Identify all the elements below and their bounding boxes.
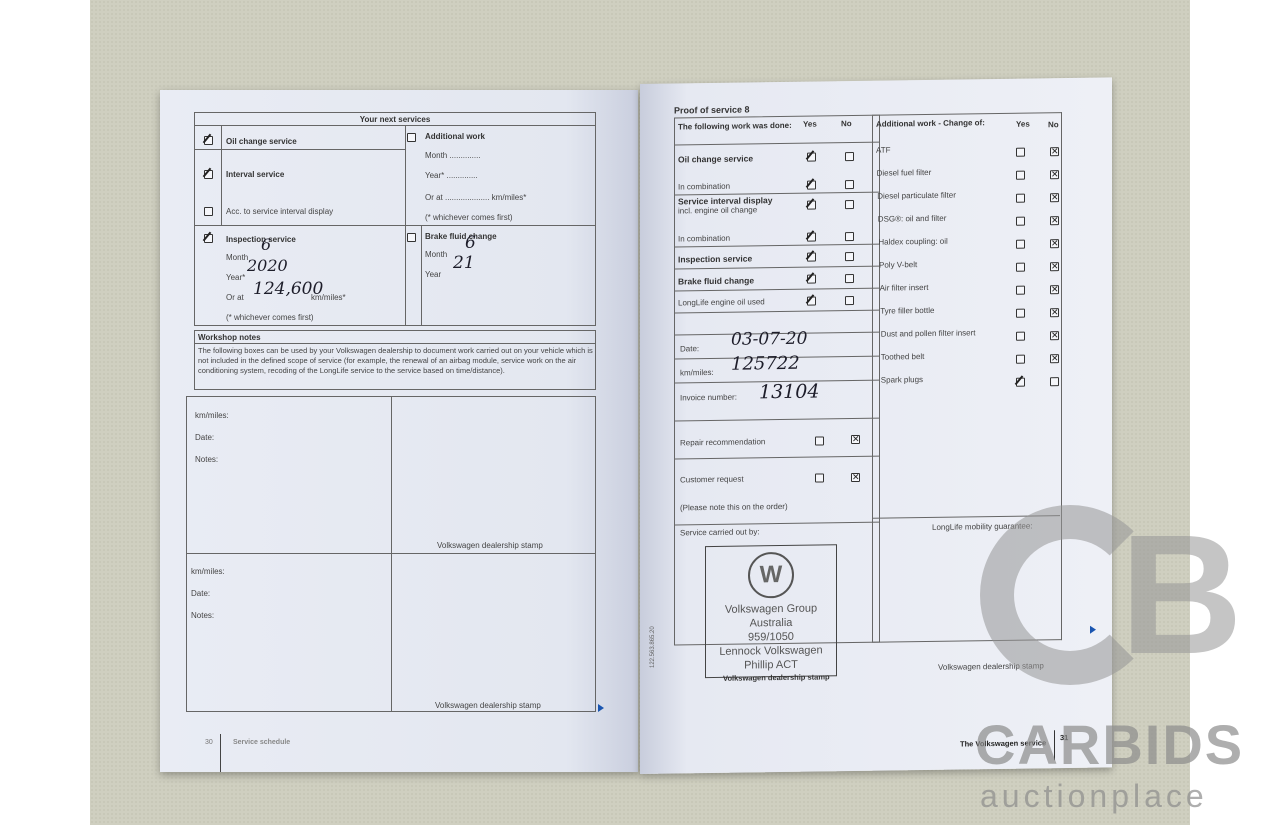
- notes-date-label-2: Date:: [191, 589, 210, 598]
- additional-item-label: Air filter insert: [880, 283, 929, 293]
- inspection-year-label: Year*: [226, 273, 245, 282]
- brake-month-value: 6: [465, 233, 476, 253]
- workshop-notes-body: The following boxes can be used by your …: [198, 346, 594, 376]
- date-value: 03-07-20: [731, 329, 807, 350]
- additional-item-label: Toothed belt: [881, 352, 925, 362]
- additional-item-label: Dust and pollen filter insert: [881, 328, 976, 338]
- inspection-year-value: 2020: [247, 256, 288, 275]
- work-yes-checkbox[interactable]: [807, 233, 816, 242]
- additional-no-header: No: [1048, 120, 1059, 129]
- additional-item-label: Diesel particulate filter: [877, 191, 956, 201]
- notes-km-label-2: km/miles:: [191, 567, 225, 576]
- work-yes-checkbox[interactable]: [807, 201, 816, 210]
- invoice-label: Invoice number:: [680, 393, 737, 403]
- work-item-label: Inspection service: [678, 253, 752, 264]
- customer-no-checkbox[interactable]: [851, 473, 860, 482]
- acc-display-checkbox[interactable]: [204, 207, 213, 216]
- work-no-checkbox[interactable]: [845, 274, 854, 283]
- notes-date-label: Date:: [195, 433, 214, 442]
- additional-year: Year* ..............: [425, 171, 478, 180]
- customer-request-note: (Please note this on the order): [680, 501, 800, 514]
- brake-year-value: 21: [453, 253, 475, 273]
- additional-no-checkbox[interactable]: [1050, 216, 1059, 225]
- oil-change-checkbox[interactable]: [204, 136, 213, 145]
- additional-item-label: Spark plugs: [881, 375, 923, 385]
- work-yes-checkbox[interactable]: [807, 181, 816, 190]
- additional-or-at: Or at .................... km/miles*: [425, 193, 526, 202]
- yes-header: Yes: [803, 120, 817, 129]
- additional-work-checkbox[interactable]: [407, 133, 416, 142]
- proof-of-service-title: Proof of service 8: [674, 104, 750, 115]
- next-page-arrow-icon: [598, 704, 604, 712]
- additional-note: (* whichever comes first): [425, 213, 513, 222]
- brake-fluid-checkbox[interactable]: [407, 233, 416, 242]
- additional-no-checkbox[interactable]: [1050, 147, 1059, 156]
- interval-service-checkbox[interactable]: [204, 170, 213, 179]
- additional-no-checkbox[interactable]: [1050, 170, 1059, 179]
- work-item-label: Brake fluid change: [678, 275, 754, 286]
- km-value: 125722: [731, 353, 800, 375]
- stamp-line: Volkswagen Group: [706, 601, 836, 617]
- workshop-notes-title: Workshop notes: [198, 333, 261, 342]
- additional-yes-checkbox[interactable]: [1016, 148, 1025, 157]
- work-yes-checkbox[interactable]: [807, 297, 816, 306]
- additional-yes-checkbox[interactable]: [1016, 263, 1025, 272]
- no-header: No: [841, 119, 852, 128]
- workshop-notes-grid: km/miles: Date: Notes: Volkswagen dealer…: [186, 396, 596, 712]
- work-item-label: In combination: [678, 234, 730, 244]
- notes-stamp-label: Volkswagen dealership stamp: [437, 541, 543, 550]
- repair-no-checkbox[interactable]: [851, 435, 860, 444]
- additional-item-label: Diesel fuel filter: [877, 168, 932, 178]
- work-no-checkbox[interactable]: [845, 252, 854, 261]
- print-code: 122.563.865.20: [650, 626, 656, 668]
- inspection-checkbox[interactable]: [204, 234, 213, 243]
- notes-notes-label: Notes:: [195, 455, 218, 464]
- work-no-checkbox[interactable]: [845, 200, 854, 209]
- additional-yes-checkbox[interactable]: [1016, 355, 1025, 364]
- additional-no-checkbox[interactable]: [1050, 308, 1059, 317]
- watermark-b-glyph: B: [1120, 505, 1243, 685]
- work-item-label: In combination: [678, 182, 730, 192]
- inspection-note: (* whichever comes first): [226, 313, 314, 322]
- additional-item-label: Tyre filler bottle: [880, 306, 934, 316]
- additional-no-checkbox[interactable]: [1050, 285, 1059, 294]
- stamp-line: Lennock Volkswagen: [706, 643, 836, 659]
- inspection-month-label: Month: [226, 253, 248, 262]
- additional-no-checkbox[interactable]: [1050, 354, 1059, 363]
- brake-year-label: Year: [425, 270, 441, 279]
- additional-no-checkbox[interactable]: [1050, 239, 1059, 248]
- left-page: Your next services Oil change service In…: [160, 90, 638, 772]
- watermark-sub: auctionplace: [980, 778, 1208, 815]
- notes-stamp-label-2: Volkswagen dealership stamp: [435, 701, 541, 710]
- additional-item-label: Poly V-belt: [879, 260, 917, 270]
- date-label: Date:: [680, 344, 699, 353]
- repair-yes-checkbox[interactable]: [815, 436, 824, 445]
- additional-item-label: ATF: [876, 146, 891, 155]
- page-number-left: 30: [205, 739, 213, 746]
- additional-yes-header: Yes: [1016, 120, 1030, 129]
- acc-display-label: Acc. to service interval display: [226, 207, 333, 216]
- notes-notes-label-2: Notes:: [191, 611, 214, 620]
- brake-month-label: Month: [425, 250, 447, 259]
- customer-request-label: Customer request: [680, 475, 744, 485]
- inspection-month-value: 6: [261, 235, 271, 254]
- interval-service-label: Interval service: [226, 170, 284, 179]
- work-header: The following work was done:: [678, 121, 798, 133]
- next-services-box: Your next services Oil change service In…: [194, 112, 596, 326]
- additional-work-label: Additional work: [425, 132, 485, 141]
- additional-yes-checkbox[interactable]: [1016, 309, 1025, 318]
- work-item-label: LongLife engine oil used: [678, 297, 765, 307]
- inspection-or-at-label: Or at: [226, 293, 244, 302]
- workshop-notes-box: Workshop notes The following boxes can b…: [194, 330, 596, 390]
- work-done-box: The following work was done: Yes No Oil …: [674, 115, 880, 646]
- customer-yes-checkbox[interactable]: [815, 473, 824, 482]
- work-yes-checkbox[interactable]: [807, 275, 816, 284]
- footer-section-left: Service schedule: [233, 739, 290, 746]
- additional-yes-checkbox[interactable]: [1016, 378, 1025, 387]
- inspection-km-label: km/miles*: [311, 293, 346, 302]
- service-by-label: Service carried out by:: [680, 527, 760, 537]
- oil-change-label: Oil change service: [226, 137, 297, 146]
- km-label: km/miles:: [680, 368, 714, 377]
- additional-no-checkbox[interactable]: [1050, 331, 1059, 340]
- dealer-stamp: W Volkswagen GroupAustralia959/1050Lenno…: [705, 544, 837, 678]
- stamp-caption: Volkswagen dealership stamp: [723, 672, 830, 682]
- additional-yes-checkbox[interactable]: [1016, 332, 1025, 341]
- additional-no-checkbox[interactable]: [1050, 377, 1059, 386]
- additional-no-checkbox[interactable]: [1050, 262, 1059, 271]
- additional-month: Month ..............: [425, 151, 481, 160]
- notes-km-label: km/miles:: [195, 411, 229, 420]
- repair-recommendation-label: Repair recommendation: [680, 437, 765, 447]
- additional-yes-checkbox[interactable]: [1016, 217, 1025, 226]
- additional-yes-checkbox[interactable]: [1016, 171, 1025, 180]
- next-services-title: Your next services: [195, 115, 595, 124]
- watermark-brand: CARBIDS: [975, 712, 1244, 777]
- work-no-checkbox[interactable]: [845, 152, 854, 161]
- work-no-checkbox[interactable]: [845, 180, 854, 189]
- work-item-sublabel: incl. engine oil change: [678, 205, 757, 215]
- work-yes-checkbox[interactable]: [807, 253, 816, 262]
- additional-item-label: Haldex coupling: oil: [878, 237, 947, 247]
- stamp-line: Phillip ACT: [706, 657, 836, 673]
- additional-yes-checkbox[interactable]: [1016, 194, 1025, 203]
- work-no-checkbox[interactable]: [845, 296, 854, 305]
- brake-fluid-label: Brake fluid change: [425, 232, 497, 241]
- work-item-label: Oil change service: [678, 153, 753, 164]
- additional-header: Additional work - Change of:: [876, 118, 985, 129]
- additional-yes-checkbox[interactable]: [1016, 286, 1025, 295]
- additional-no-checkbox[interactable]: [1050, 193, 1059, 202]
- work-item-label: Service interval display: [678, 195, 773, 206]
- work-no-checkbox[interactable]: [845, 232, 854, 241]
- invoice-value: 13104: [759, 380, 819, 403]
- additional-yes-checkbox[interactable]: [1016, 240, 1025, 249]
- additional-item-label: DSG®: oil and filter: [878, 214, 947, 224]
- vw-logo-icon: W: [748, 552, 794, 599]
- work-yes-checkbox[interactable]: [807, 153, 816, 162]
